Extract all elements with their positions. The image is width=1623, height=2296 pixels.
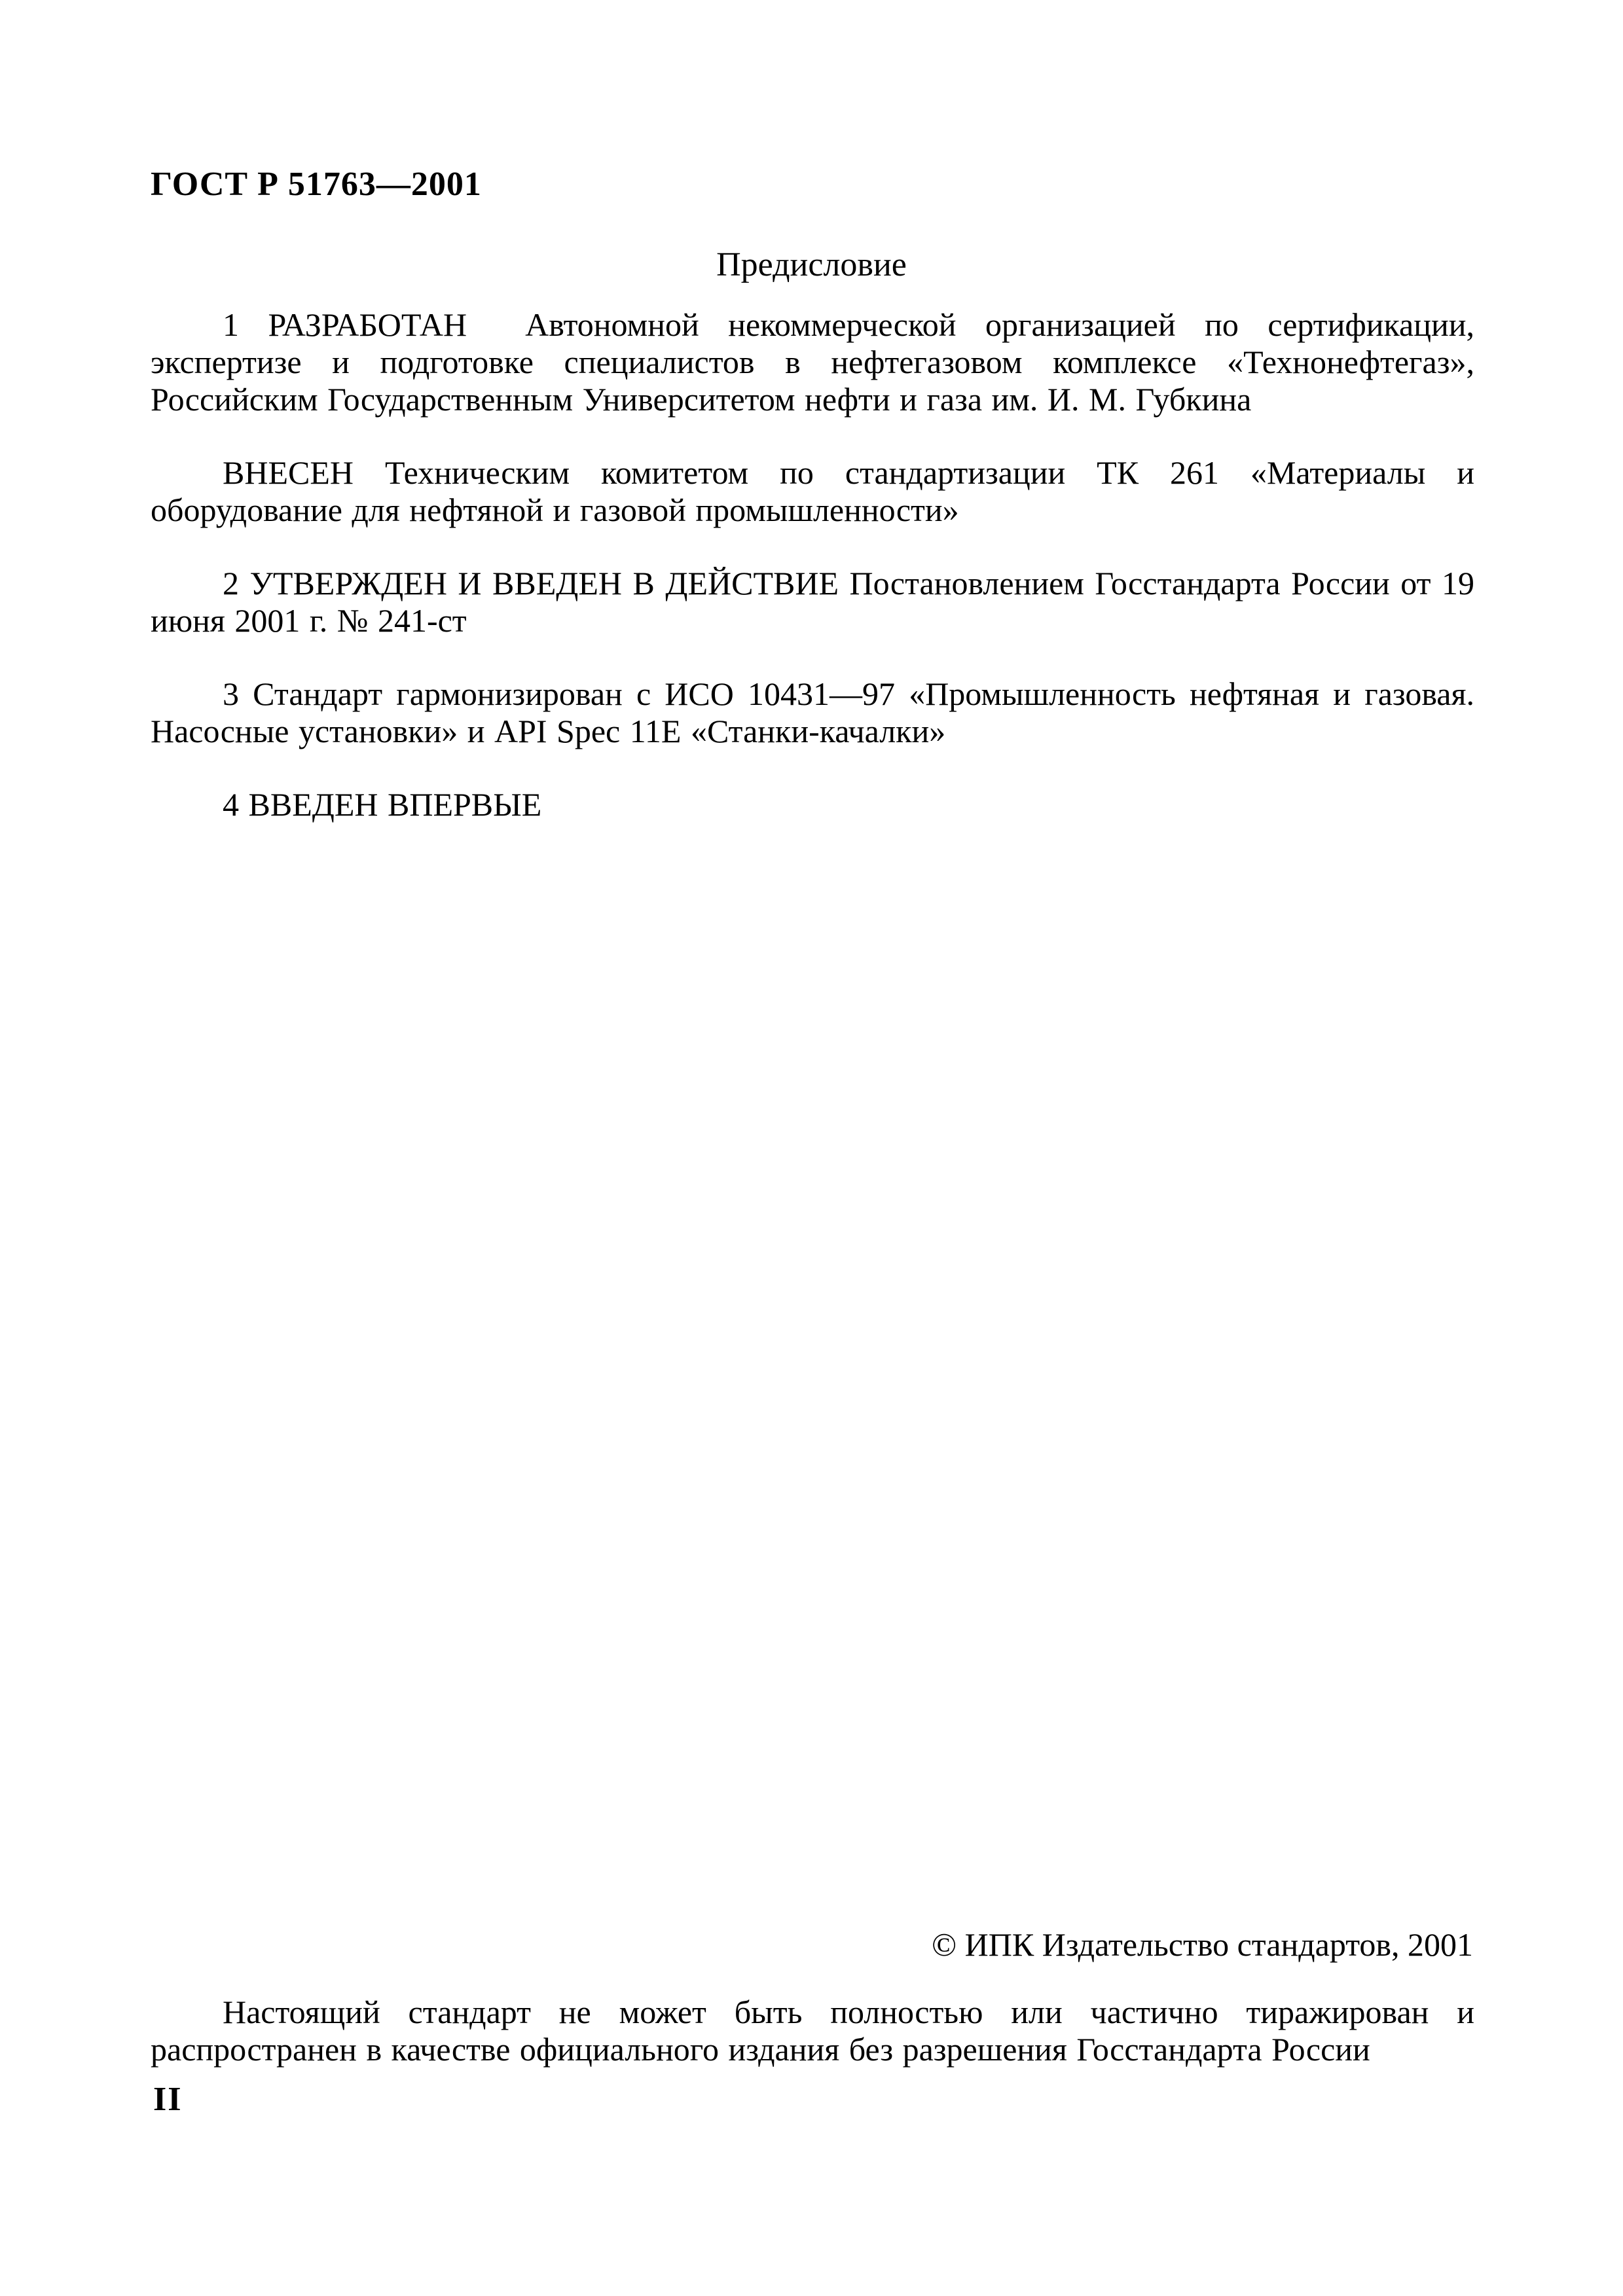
page-number: II [153,2080,182,2119]
foreword-body: 1 РАЗРАБОТАН Автономной некоммерческой о… [151,306,1474,823]
standard-designation: ГОСТ Р 51763—2001 [151,165,482,204]
foreword-item-harmonized: 3 Стандарт гармонизирован с ИСО 10431—97… [151,675,1474,750]
foreword-item-approved: 2 УТВЕРЖДЕН И ВВЕДЕН В ДЕЙСТВИЕ Постанов… [151,565,1474,639]
document-page: ГОСТ Р 51763—2001 Предисловие 1 РАЗРАБОТ… [0,0,1623,2296]
foreword-item-developed: 1 РАЗРАБОТАН Автономной некоммерческой о… [151,306,1474,418]
copyright-notice: © ИПК Издательство стандартов, 2001 [932,1926,1473,1964]
foreword-title: Предисловие [0,245,1623,284]
foreword-item-first-edition: 4 ВВЕДЕН ВПЕРВЫЕ [151,786,1474,823]
reproduction-restriction: Настоящий стандарт не может быть полност… [151,1994,1474,2068]
foreword-item-submitted: ВНЕСЕН Техническим комитетом по стандарт… [151,454,1474,529]
